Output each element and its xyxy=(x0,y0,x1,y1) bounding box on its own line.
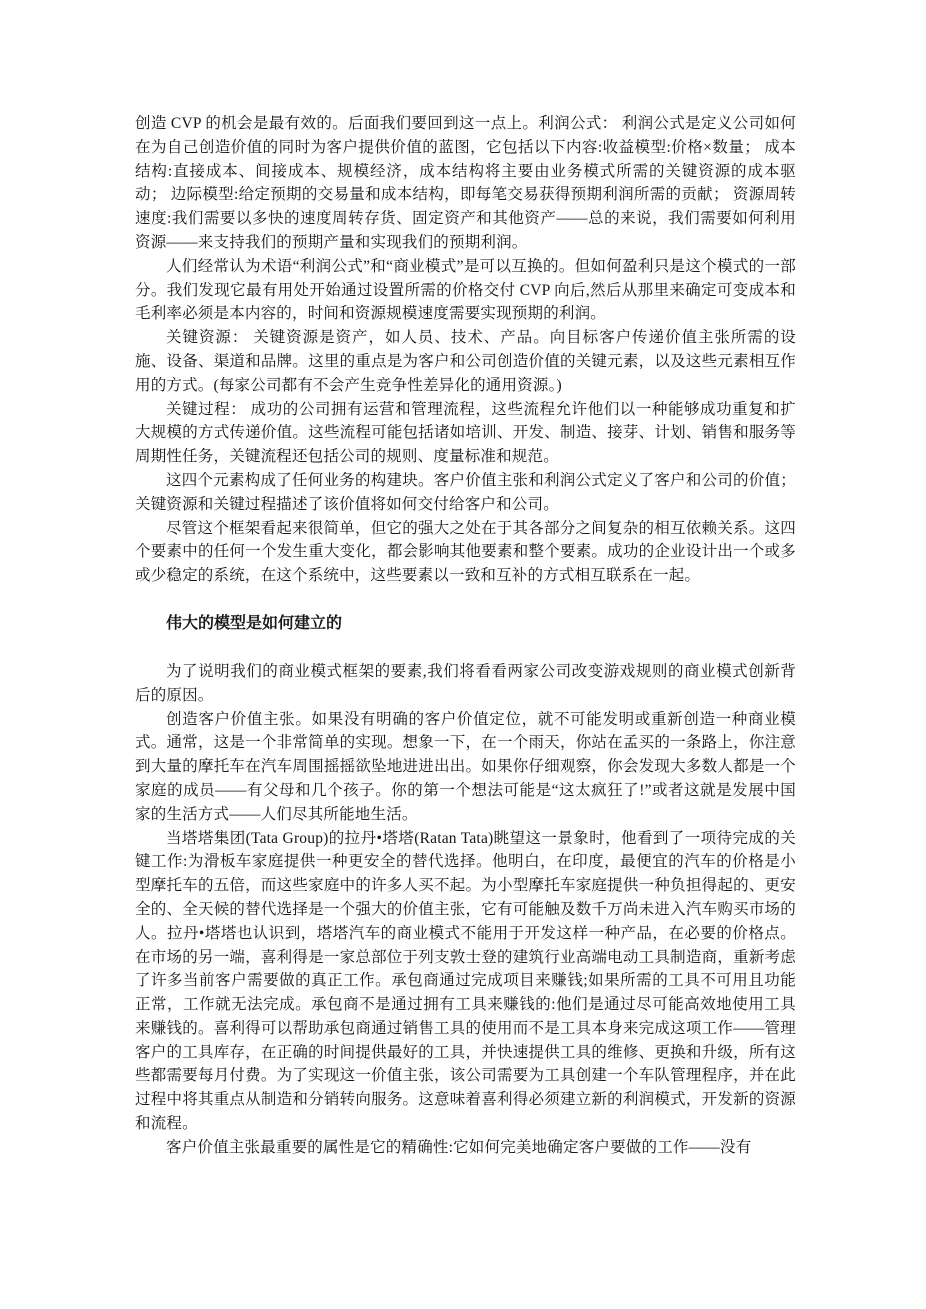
section-heading: 伟大的模型是如何建立的 xyxy=(135,612,796,636)
body-paragraph: 创造客户价值主张。如果没有明确的客户价值定位，就不可能发明或重新创造一种商业模式… xyxy=(135,708,796,827)
text-block: 创造 CVP 的机会是最有效的。后面我们要回到这一点上。利润公式： 利润公式是定… xyxy=(135,112,796,1160)
body-paragraph: 为了说明我们的商业模式框架的要素,我们将看看两家公司改变游戏规则的商业模式创新背… xyxy=(135,660,796,708)
body-paragraph: 关键过程： 成功的公司拥有运营和管理流程，这些流程允许他们以一种能够成功重复和扩… xyxy=(135,398,796,469)
body-paragraph: 尽管这个框架看起来很简单，但它的强大之处在于其各部分之间复杂的相互依赖关系。这四… xyxy=(135,517,796,588)
body-paragraph: 当塔塔集团(Tata Group)的拉丹•塔塔(Ratan Tata)眺望这一景… xyxy=(135,827,796,1136)
body-paragraph: 关键资源： 关键资源是资产，如人员、技术、产品。向目标客户传递价值主张所需的设施… xyxy=(135,326,796,397)
body-paragraph: 这四个元素构成了任何业务的构建块。客户价值主张和利润公式定义了客户和公司的价值；… xyxy=(135,469,796,517)
body-paragraph: 人们经常认为术语“利润公式”和“商业模式”是可以互换的。但如何盈利只是这个模式的… xyxy=(135,255,796,326)
body-paragraph: 创造 CVP 的机会是最有效的。后面我们要回到这一点上。利润公式： 利润公式是定… xyxy=(135,112,796,255)
document-page: 创造 CVP 的机会是最有效的。后面我们要回到这一点上。利润公式： 利润公式是定… xyxy=(0,0,926,1309)
body-paragraph: 客户价值主张最重要的属性是它的精确性:它如何完美地确定客户要做的工作——没有 xyxy=(135,1136,796,1160)
